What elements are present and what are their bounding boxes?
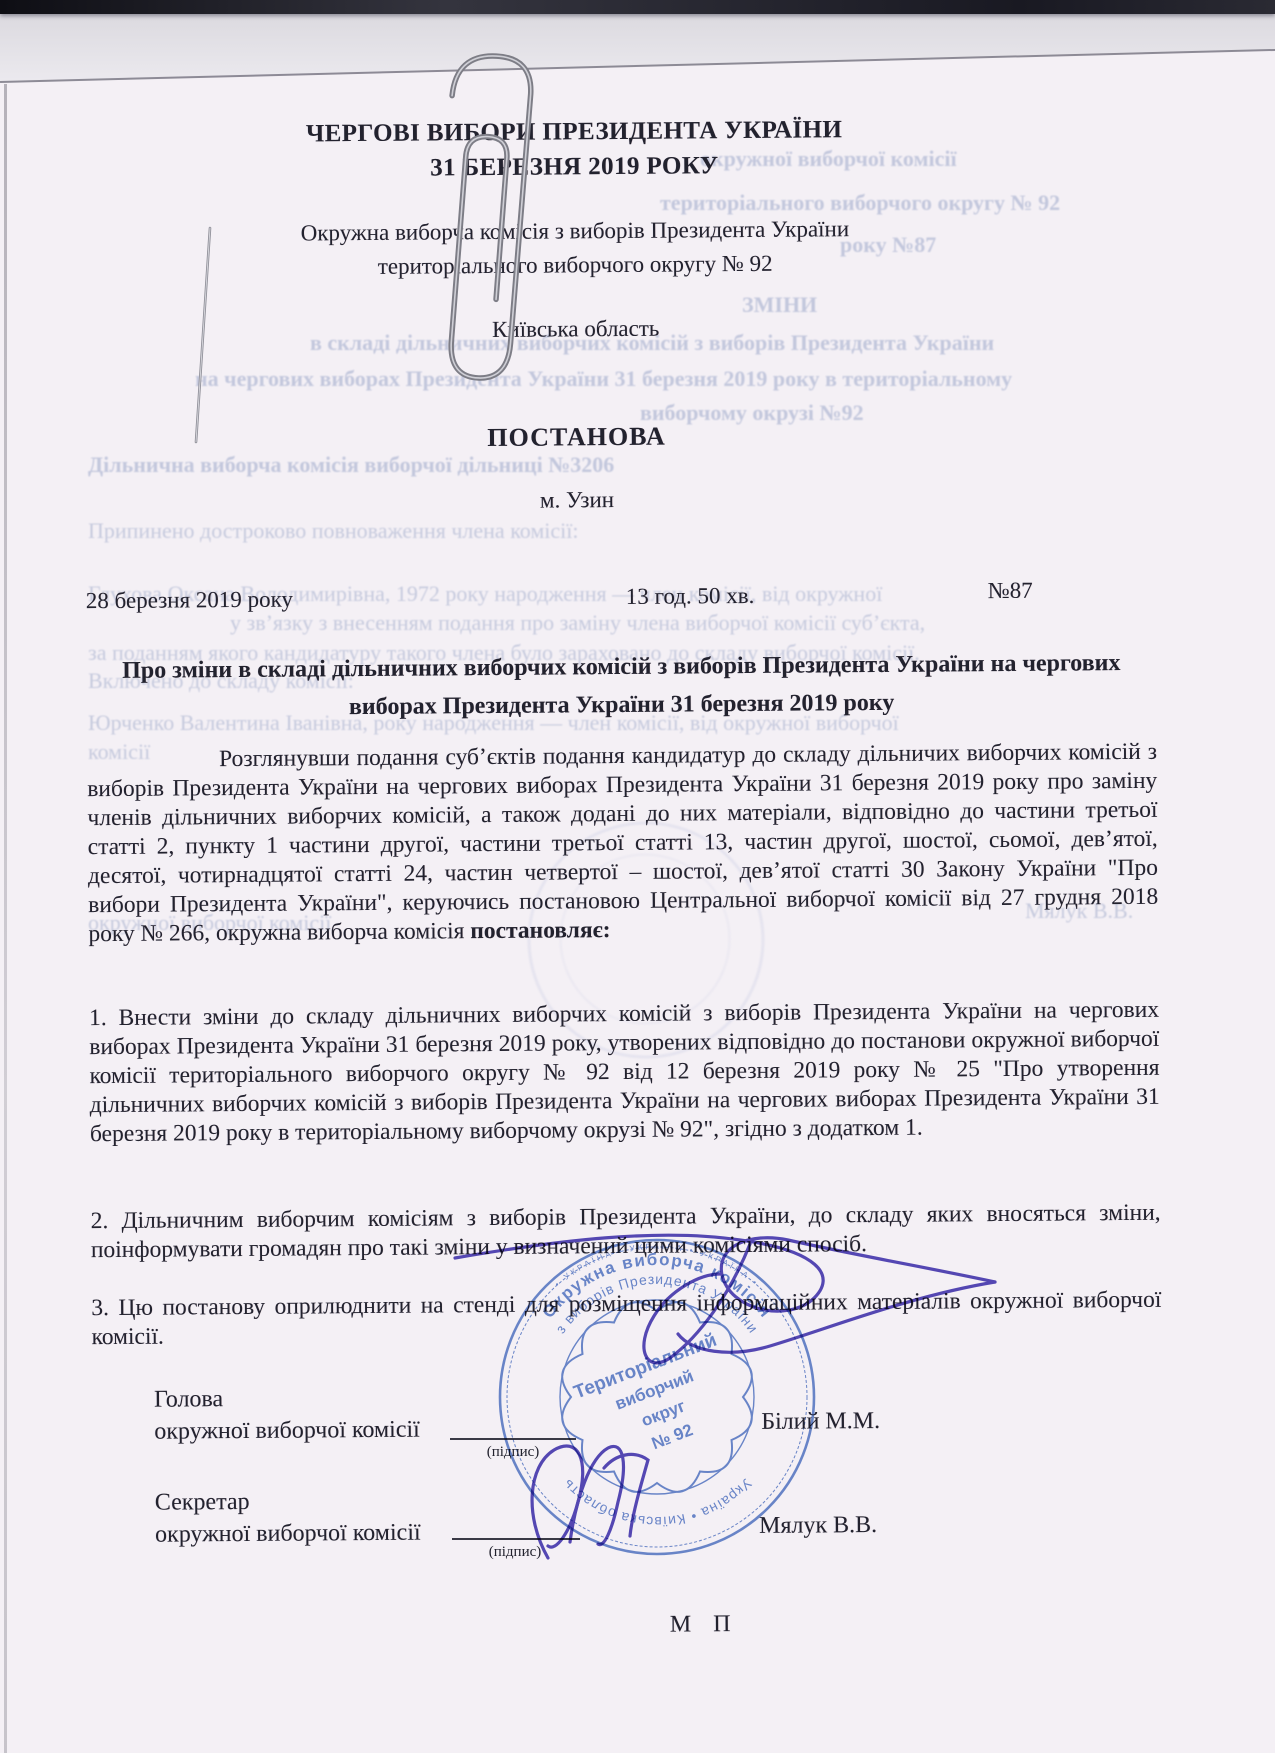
city-name: м. Узин (57, 483, 1097, 517)
head-org-label: окружної виборчої комісії (154, 1417, 420, 1446)
document-title-line1: ЧЕРГОВІ ВИБОРИ ПРЕЗИДЕНТА УКРАЇНИ (54, 114, 1094, 150)
paper-left-edge (4, 84, 7, 1753)
document-time: 13 год. 50 хв. (626, 583, 755, 610)
decree-word: постановляє: (470, 917, 610, 944)
resolution-item-1: 1. Внести зміни до складу дільничних виб… (89, 996, 1160, 1149)
paperclip (425, 40, 565, 410)
document-number: №87 (988, 578, 1033, 604)
secretary-role-label: Секретар (155, 1489, 250, 1517)
preamble-paragraph: Розглянувши подання суб’єктів подання ка… (87, 738, 1159, 949)
secretary-org-label: окружної виборчої комісії (155, 1520, 421, 1549)
document-subject: Про зміни в складі дільничних виборчих к… (86, 644, 1157, 728)
handwritten-signatures (420, 1170, 1060, 1590)
document-title-line2: 31 БЕРЕЗНЯ 2019 РОКУ (54, 149, 1094, 185)
preamble-text: Розглянувши подання суб’єктів подання ка… (87, 739, 1158, 947)
pin-mark (190, 224, 216, 446)
secretary-signature-ink (532, 1446, 583, 1558)
scanner-edge-strip (0, 0, 1275, 14)
document-date: 28 березня 2019 року (86, 587, 293, 615)
head-role-label: Голова (154, 1386, 223, 1414)
seal-place-mark: М П (670, 1611, 739, 1639)
